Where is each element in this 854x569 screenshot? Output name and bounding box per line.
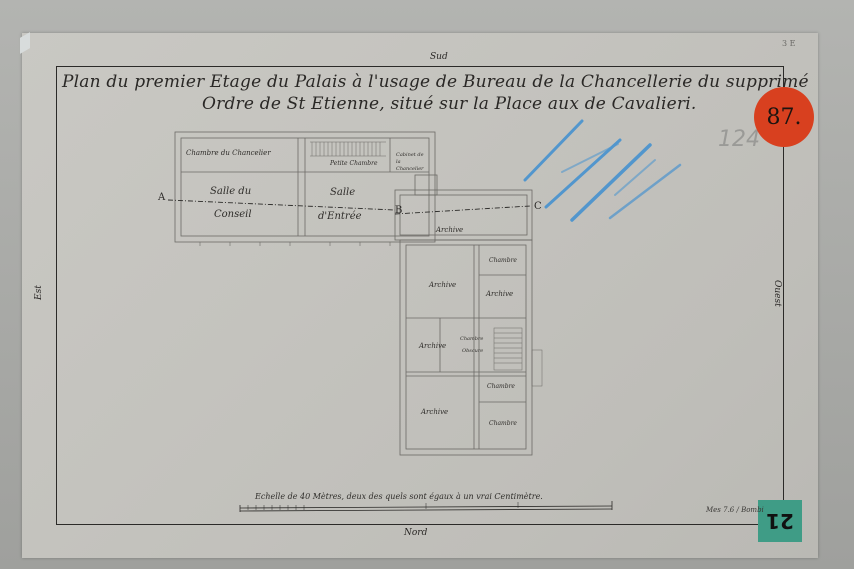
scale-caption: Echelle de 40 Mètres, deux des quels son… — [255, 492, 543, 501]
section-line-b-c — [395, 206, 530, 214]
section-point-c: C — [534, 201, 542, 212]
room-label-salle-entree-1: Salle — [330, 187, 355, 198]
blue-crayon-marks — [525, 121, 680, 220]
room-label-chambre-3: Chambre — [489, 420, 517, 427]
room-label-chambre-1: Chambre — [489, 257, 517, 264]
section-line-a-b — [168, 200, 395, 210]
room-label-salle-du-conseil-2: Conseil — [214, 209, 252, 220]
room-label-archive-1: Archive — [436, 226, 463, 234]
room-label-archive-4: Archive — [419, 342, 446, 350]
scale-bar — [240, 501, 612, 512]
room-label-chambre-2: Chambre — [487, 383, 515, 390]
room-label-archive-2: Archive — [429, 281, 456, 289]
room-label-chambre-obscure-2: Obscure — [462, 348, 483, 354]
north-archive-outline — [395, 190, 532, 240]
room-label-archive-5: Archive — [421, 408, 448, 416]
room-label-salle-entree-2: d'Entrée — [318, 211, 362, 222]
room-label-cabinet: Cabinet de la Chancelier — [396, 152, 426, 173]
room-label-archive-3: Archive — [486, 290, 513, 298]
floor-plan-drawing — [0, 0, 854, 569]
section-point-a: A — [158, 192, 165, 203]
section-point-b: B — [395, 205, 402, 216]
room-label-chambre-chancelier: Chambre du Chancelier — [186, 149, 271, 157]
room-label-petite-chambre: Petite Chambre — [330, 160, 378, 167]
room-label-chambre-obscure-1: Chambre — [460, 336, 483, 342]
room-label-salle-du-conseil-1: Salle du — [210, 186, 251, 197]
